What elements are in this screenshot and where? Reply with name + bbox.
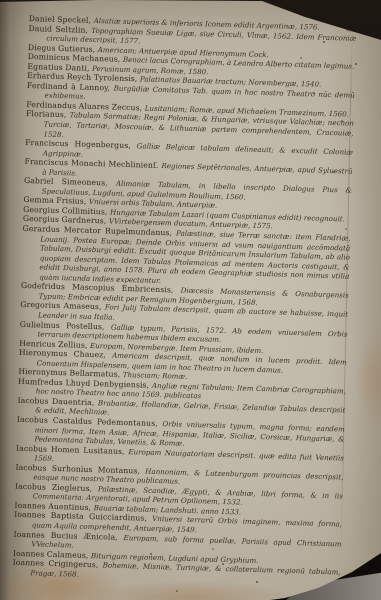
author-name: Iacobus Dauentria, (17, 396, 98, 407)
book-page: 15 Daniel Speckel, Alsatiæ superioris & … (0, 0, 381, 600)
author-name: Iacobus Zieglerus, (15, 482, 98, 493)
text-block: Daniel Speckel, Alsatiæ superioris & inf… (12, 14, 357, 597)
entry-description: Palæstinæ, siue Terræ sanctæ: item Fland… (39, 228, 351, 284)
paper-specks (0, 0, 2, 2)
author-name: Iacobus Homen Lusitanus, (16, 443, 129, 455)
author-name: Florianus, (26, 109, 70, 119)
author-name: Gregorius Amaseus, (20, 300, 105, 312)
book-photo: 15 Daniel Speckel, Alsatiæ superioris & … (0, 0, 381, 600)
author-name: Dauid Seltzlin, (28, 24, 91, 35)
author-name: Ferdinand à Lannoy, (27, 81, 114, 93)
catalog-entry: Gerardus Mercator Rupelmundanus, Palæsti… (21, 224, 351, 291)
entries-list: Daniel Speckel, Alsatiæ superioris & inf… (12, 14, 357, 587)
